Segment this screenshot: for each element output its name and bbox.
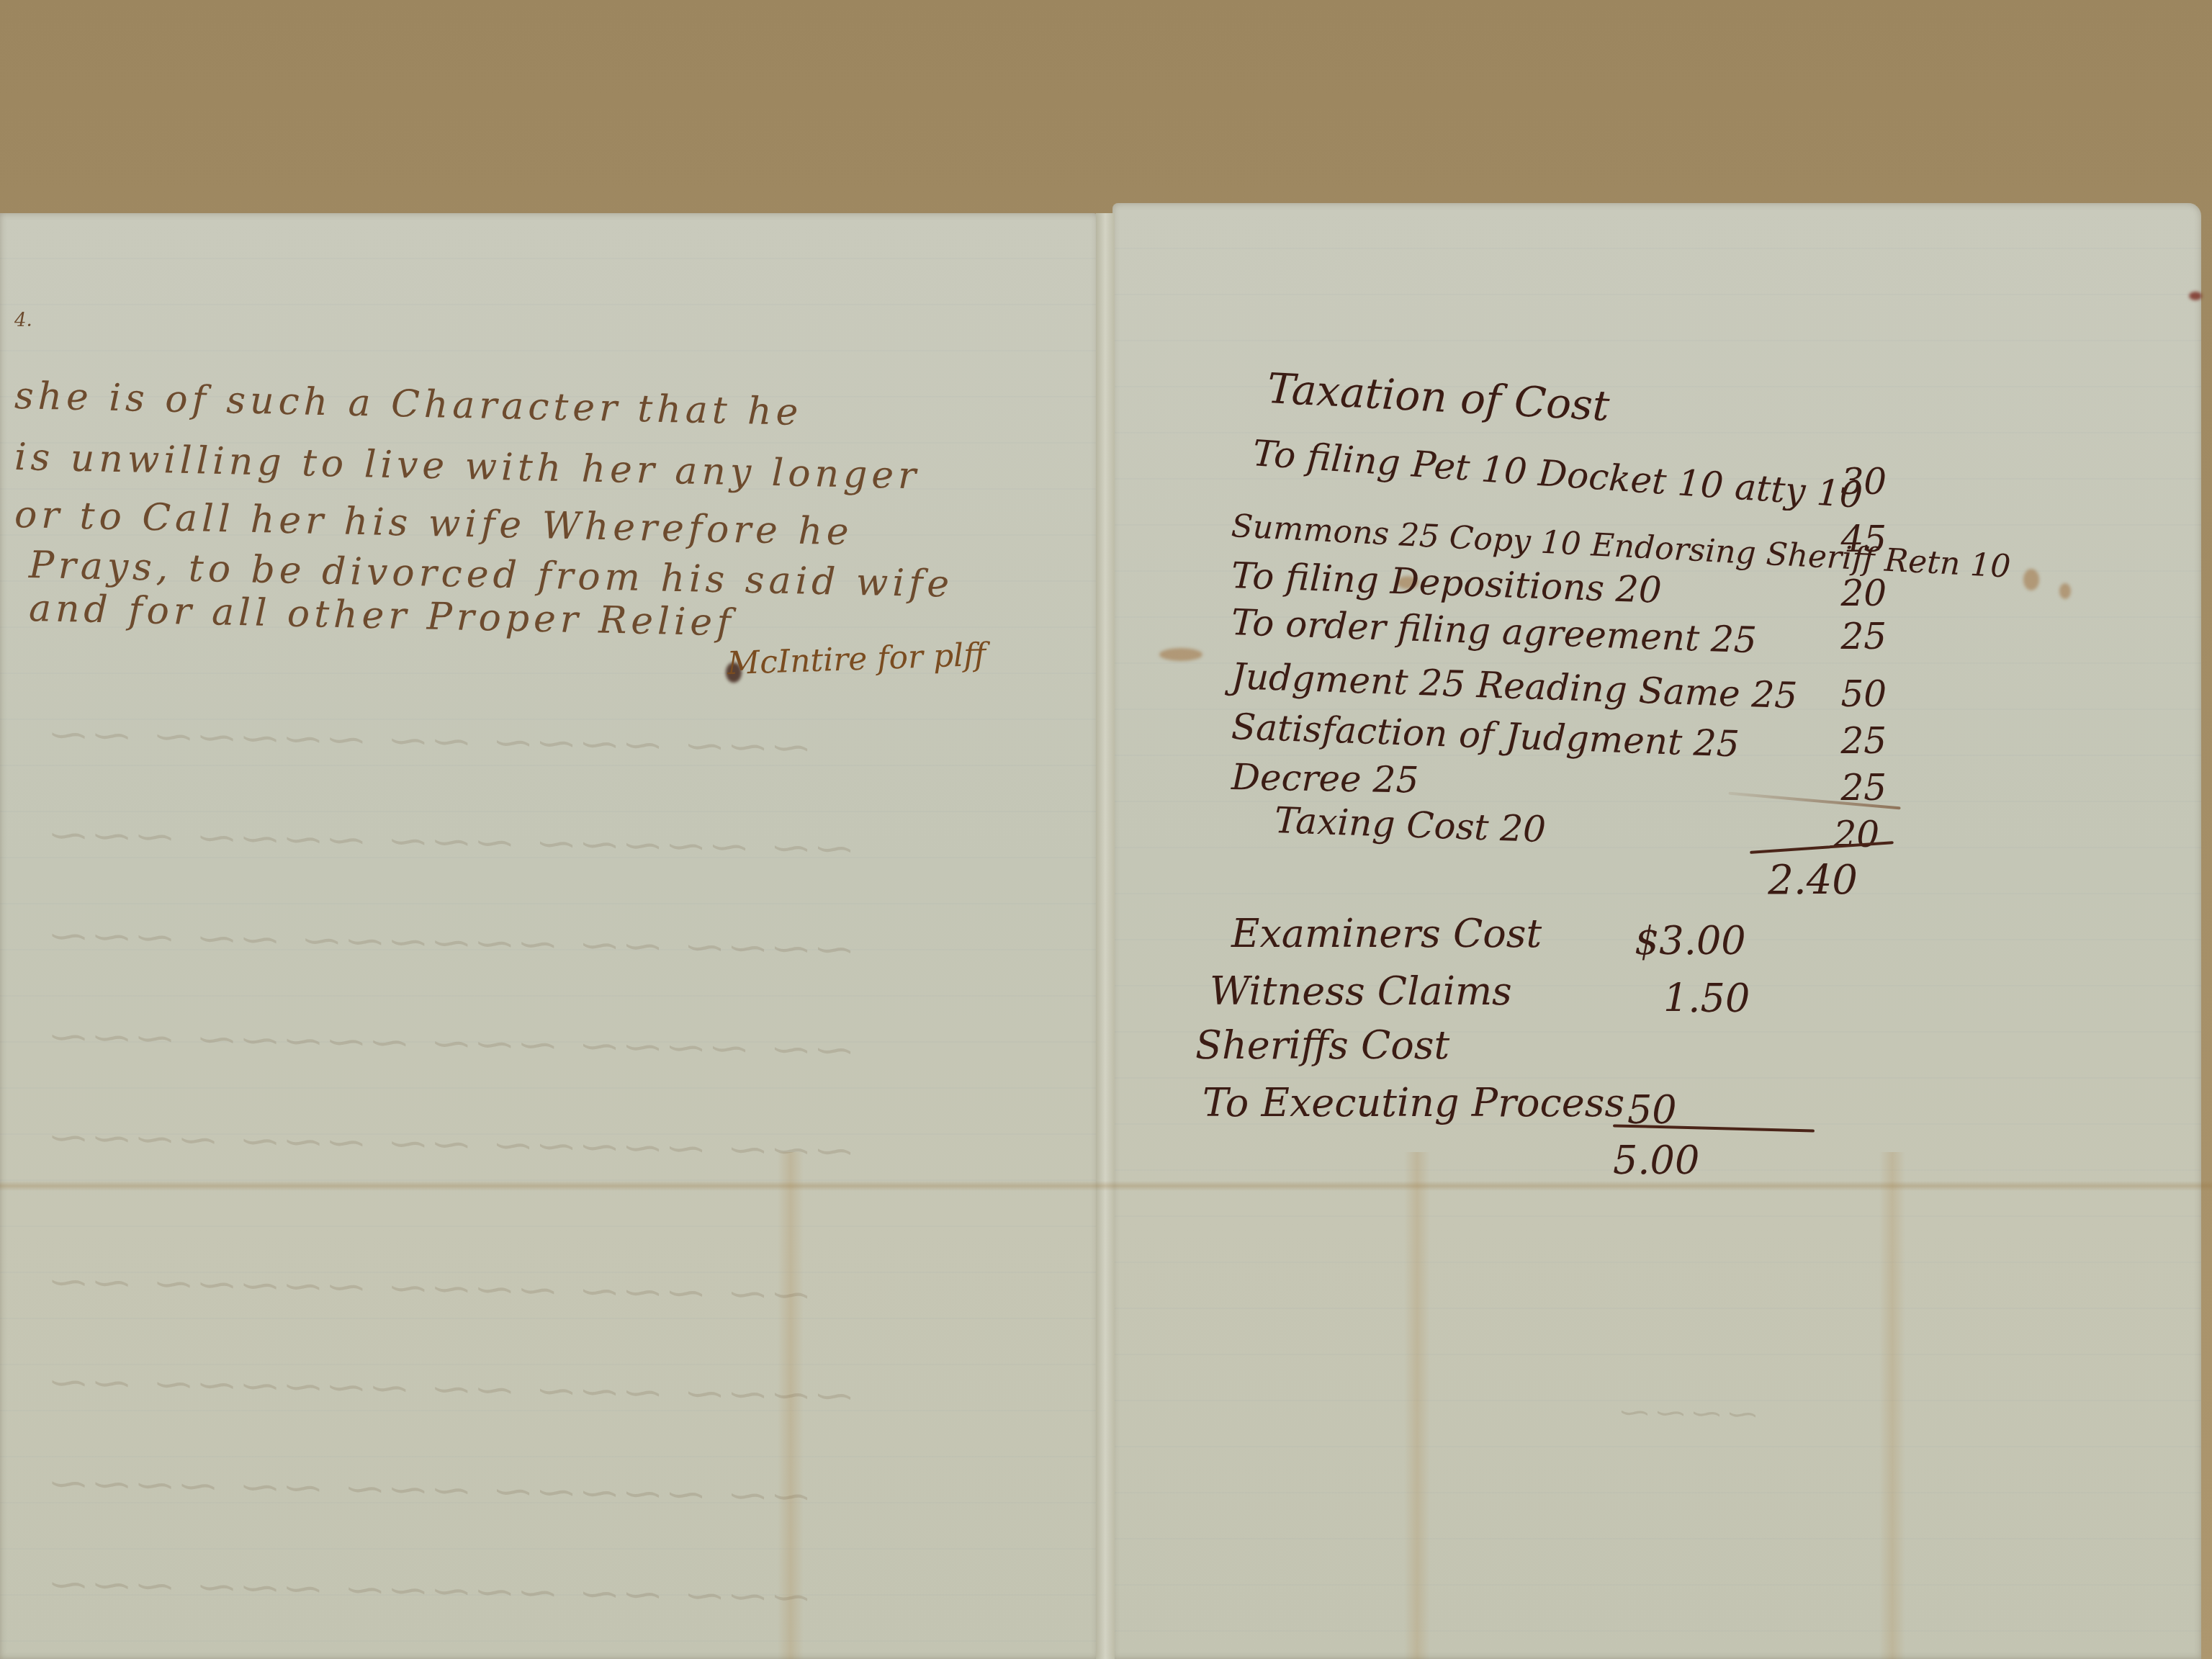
grand-total: 5.00 — [1613, 1138, 1757, 1183]
center-fold — [1096, 213, 1115, 1659]
ink-stain — [2023, 569, 2039, 590]
ledger-row-amount: 25 — [1786, 720, 1887, 762]
ledger-row-description: Sheriffs Cost — [1195, 1022, 1449, 1068]
court-costs-total: 2.40 — [1757, 857, 1858, 904]
vertical-fold-stain — [1404, 1152, 1430, 1659]
ink-stain — [1159, 648, 1202, 661]
ledger-row-amount: 50 — [1786, 673, 1887, 715]
ledger-row-description: Decree 25 — [1231, 756, 1419, 801]
page-number-marker: 4. — [14, 310, 32, 331]
ledger-row-description: Examiners Cost — [1231, 911, 1542, 956]
ledger-row-amount: $3.00 — [1635, 918, 1779, 963]
vertical-fold-stain — [1879, 1152, 1905, 1659]
ink-stain — [2059, 583, 2071, 599]
edge-stain — [2189, 292, 2202, 300]
ledger-row-description: To Executing Process — [1202, 1080, 1624, 1125]
ledger-row-amount: 25 — [1786, 616, 1887, 657]
ledger-row-description: Witness Claims — [1210, 968, 1512, 1014]
ledger-row-amount: 45 — [1786, 518, 1887, 560]
ledger-row-amount: 20 — [1786, 572, 1887, 614]
ledger-row-amount: 30 — [1786, 461, 1887, 503]
bleed-through-text: ⁓⁓⁓⁓ — [1613, 1395, 1758, 1431]
ledger-row-amount: 1.50 — [1663, 976, 1807, 1021]
